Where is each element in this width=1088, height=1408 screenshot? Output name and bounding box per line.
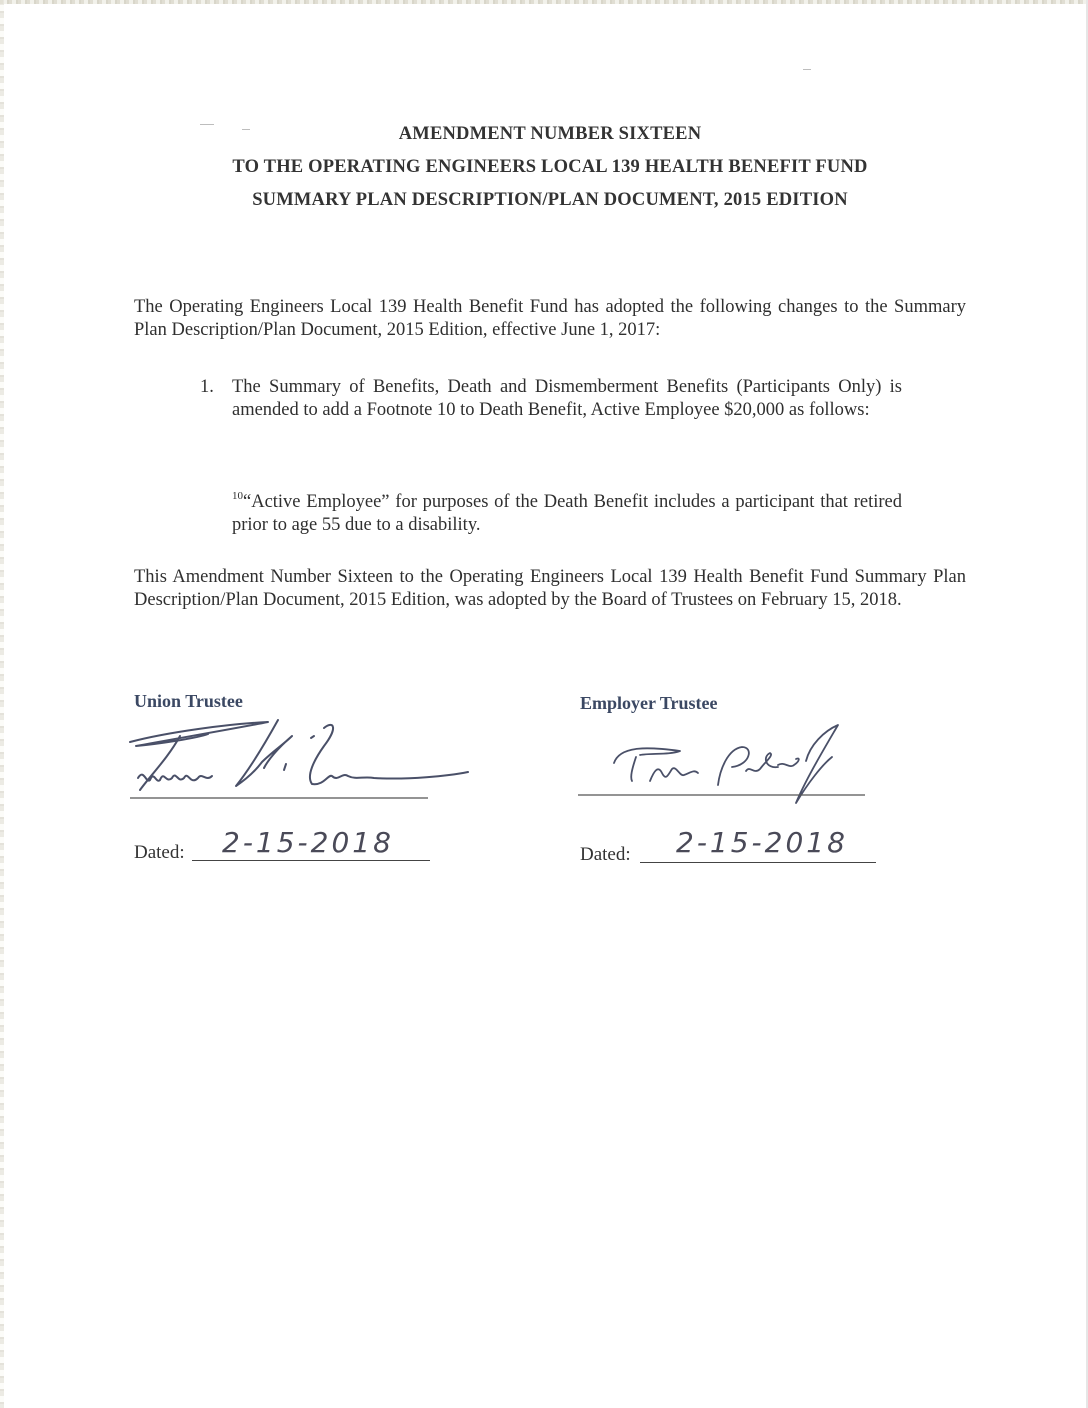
title-line-2: TO THE OPERATING ENGINEERS LOCAL 139 HEA… — [0, 151, 1088, 184]
union-date-line — [192, 860, 430, 861]
title-line-3: SUMMARY PLAN DESCRIPTION/PLAN DOCUMENT, … — [0, 184, 1088, 217]
employer-handwritten-date: 2-15-2018 — [676, 826, 848, 859]
amendment-number: 1. — [200, 376, 214, 399]
union-handwritten-date: 2-15-2018 — [222, 826, 394, 859]
scan-speck — [803, 69, 811, 70]
union-dated-label: Dated: — [134, 842, 185, 864]
employer-date-line — [640, 862, 876, 863]
amendment-text: The Summary of Benefits, Death and Disme… — [232, 376, 902, 422]
amendment-item: 1. The Summary of Benefits, Death and Di… — [200, 376, 902, 422]
intro-paragraph: The Operating Engineers Local 139 Health… — [134, 296, 966, 342]
employer-trustee-label: Employer Trustee — [580, 693, 718, 714]
footnote: 10“Active Employee” for purposes of the … — [232, 485, 902, 537]
employer-dated-label: Dated: — [580, 844, 631, 866]
adoption-paragraph: This Amendment Number Sixteen to the Ope… — [134, 566, 966, 612]
footnote-marker: 10 — [232, 490, 243, 502]
document-title: AMENDMENT NUMBER SIXTEEN TO THE OPERATIN… — [0, 118, 1088, 217]
title-line-1: AMENDMENT NUMBER SIXTEEN — [0, 118, 1088, 151]
union-trustee-label: Union Trustee — [134, 691, 243, 712]
union-signature-icon — [128, 718, 473, 798]
footnote-text: “Active Employee” for purposes of the De… — [232, 492, 902, 535]
scan-edge-top — [0, 0, 1088, 4]
employer-signature-icon — [610, 725, 880, 820]
